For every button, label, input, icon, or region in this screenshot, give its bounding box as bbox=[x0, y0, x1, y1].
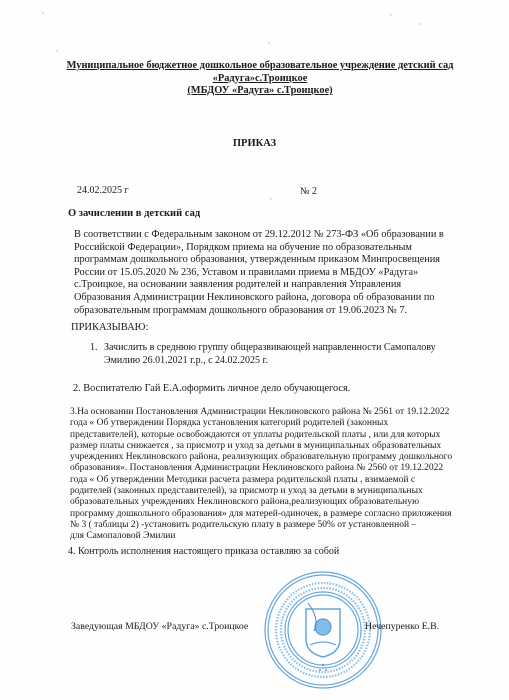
preamble-line: В соответствии с Федеральным законом от … bbox=[74, 229, 444, 242]
order-number: № 2 bbox=[300, 186, 317, 197]
item-line: года « Об утверждении Порядка установлен… bbox=[70, 418, 452, 429]
item-line: учреждениях Неклиновского района, реализ… bbox=[70, 452, 452, 463]
preamble-line: образовательным программам дошкольного о… bbox=[74, 305, 444, 318]
signer-name: Нечепуренко Е.В. bbox=[365, 621, 439, 632]
order-date: 24.02.2025 г bbox=[77, 185, 129, 196]
preamble-line: программам дошкольного образования, утве… bbox=[74, 254, 444, 267]
scan-speck bbox=[56, 50, 58, 52]
scan-speck bbox=[42, 12, 44, 14]
order-item-4: 4. Контроль исполнения настоящего приказ… bbox=[68, 546, 339, 557]
header-line-1: Муниципальное бюджетное дошкольное образ… bbox=[60, 60, 460, 73]
item-line: 3.На основании Постановления Администрац… bbox=[70, 407, 452, 418]
item-line: образования». Постановления Администраци… bbox=[70, 463, 452, 474]
order-directive-word: ПРИКАЗЫВАЮ: bbox=[71, 322, 148, 333]
item-text: Зачислить в среднюю группу общеразвивающ… bbox=[104, 342, 436, 367]
header-line-2: «Радуга»с.Троицкое bbox=[60, 73, 460, 86]
organization-header: Муниципальное бюджетное дошкольное образ… bbox=[60, 60, 460, 98]
preamble-line: России от 15.05.2020 № 236, Уставом и пр… bbox=[74, 267, 444, 280]
order-subject: О зачислении в детский сад bbox=[68, 208, 200, 219]
signer-position: Заведующая МБДОУ «Радуга» с.Троицкое bbox=[71, 621, 248, 632]
scan-speck bbox=[270, 198, 272, 200]
scan-speck bbox=[268, 42, 270, 44]
item-line: для Самопаловой Эмилии bbox=[70, 531, 452, 542]
scan-speck bbox=[419, 23, 421, 25]
item-line: Эмилию 26.01.2021 г.р., с 24.02.2025 г. bbox=[104, 355, 436, 368]
preamble-paragraph: В соответствии с Федеральным законом от … bbox=[74, 229, 444, 317]
item-line: Зачислить в среднюю группу общеразвивающ… bbox=[104, 342, 436, 355]
item-line: представителей), которые освобождаются о… bbox=[70, 430, 452, 441]
item-line: года « Об утверждении Методики расчета р… bbox=[70, 475, 452, 486]
scan-speck bbox=[390, 14, 392, 16]
item-line: родителей (законных представителей), за … bbox=[70, 486, 452, 497]
item-line: программу дошкольного образования» для м… bbox=[70, 509, 452, 520]
item-line: размер платы снижается , за присмотр и у… bbox=[70, 441, 452, 452]
order-item-2: 2. Воспитателю Гай Е.А.оформить личное д… bbox=[73, 383, 350, 394]
document-title: ПРИКАЗ bbox=[0, 138, 509, 149]
header-line-3: (МБДОУ «Радуга» с.Троицкое) bbox=[60, 85, 460, 98]
scanned-document-page: Муниципальное бюджетное дошкольное образ… bbox=[0, 0, 509, 700]
item-number: 1. bbox=[90, 342, 98, 355]
item-line: образовательных учреждениях Неклиновског… bbox=[70, 497, 452, 508]
order-item-3: 3.На основании Постановления Администрац… bbox=[70, 407, 452, 543]
preamble-line: с.Троицкое, на основании заявления родит… bbox=[74, 279, 444, 292]
item-line: № 3 ( таблицы 2) -установить родительску… bbox=[70, 520, 452, 531]
preamble-line: Российской Федерации», Порядком приема н… bbox=[74, 242, 444, 255]
preamble-line: Образования Администрации Неклиновского … bbox=[74, 292, 444, 305]
